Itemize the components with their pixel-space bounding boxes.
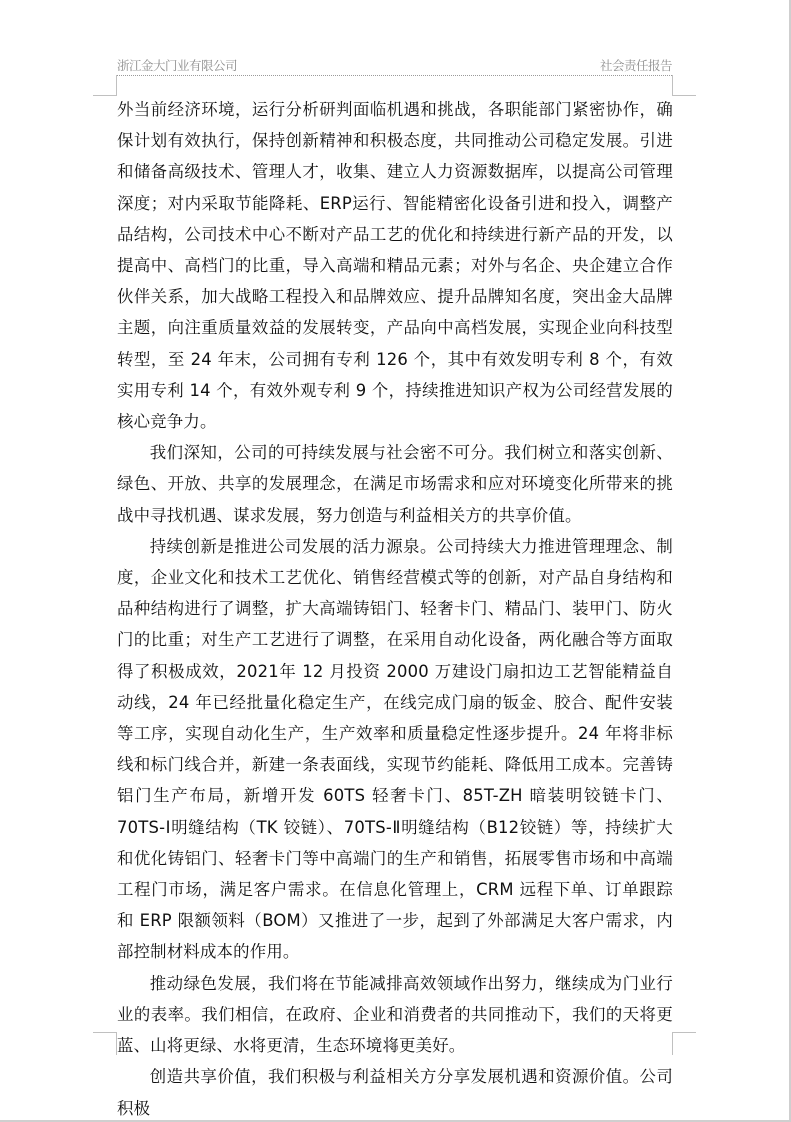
margin-corner-bottom-right [672, 1032, 696, 1055]
header-report-title: 社会责任报告 [600, 56, 672, 74]
paragraph-innovation: 持续创新是推进公司发展的活力源泉。公司持续大力推进管理理念、制度，企业文化和技术… [117, 531, 673, 968]
document-page: 浙江金大门业有限公司 社会责任报告 外当前经济环境，运行分析研判面临机遇和挑战，… [0, 0, 791, 1122]
page-number: 6 [385, 1040, 405, 1054]
page-header: 浙江金大门业有限公司 社会责任报告 [117, 55, 672, 76]
paragraph-continued: 外当前经济环境，运行分析研判面临机遇和挑战，各职能部门紧密协作，确保计划有效执行… [117, 94, 673, 437]
document-body: 外当前经济环境，运行分析研判面临机遇和挑战，各职能部门紧密协作，确保计划有效执行… [117, 94, 673, 1122]
header-company-name: 浙江金大门业有限公司 [117, 56, 237, 74]
paragraph-sustainability: 我们深知，公司的可持续发展与社会密不可分。我们树立和落实创新、绿色、开放、共享的… [117, 437, 673, 531]
margin-corner-bottom-left [93, 1032, 117, 1055]
margin-corner-top-left [93, 75, 117, 96]
margin-corner-top-right [672, 75, 696, 96]
paragraph-shared-value: 创造共享价值，我们积极与利益相关方分享发展机遇和资源价值。公司积极 [117, 1061, 673, 1122]
